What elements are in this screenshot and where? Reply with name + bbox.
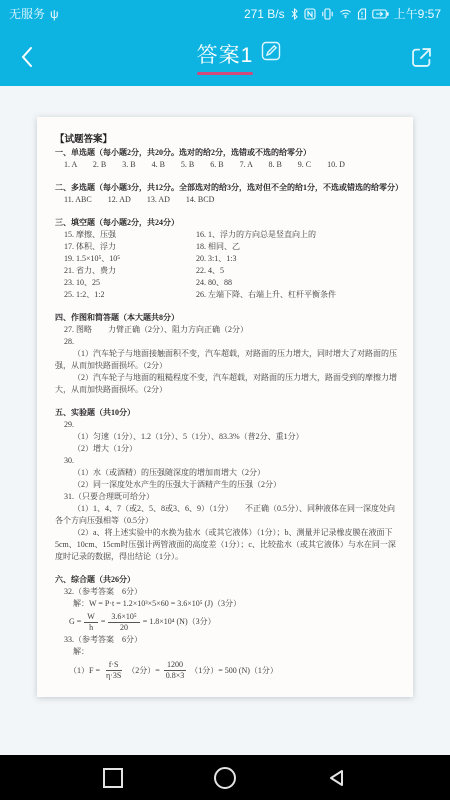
title-bar: 答案1 <box>0 27 450 86</box>
doc-line-section: 四、作图和简答题（本大题共8分） <box>55 312 400 324</box>
clock-label: 上午9:57 <box>394 5 441 22</box>
title-underline <box>197 72 253 75</box>
doc-line-sub: （1）匀速（1分）、1.2（1分）、5（1分）、83.3%（普2分、重1分） <box>55 431 400 443</box>
usb-icon: ψ <box>50 8 59 20</box>
nfc-icon <box>304 8 316 20</box>
doc-line-heading: 【试题答案】 <box>55 133 400 147</box>
status-bar: 无服务 ψ 271 B/s 上午9:57 <box>0 0 450 27</box>
doc-line-sub: 解： <box>55 646 400 658</box>
document-page[interactable]: 【试题答案】一、单选题（每小题2分，共20分。选对的给2分，选错或不选的给零分）… <box>37 117 413 697</box>
back-triangle-icon[interactable] <box>320 761 354 795</box>
vibrate-icon <box>321 8 334 20</box>
recents-square-icon[interactable] <box>96 761 130 795</box>
doc-line-ans: 33.（参考答案 6分） <box>55 634 400 646</box>
android-nav-bar <box>0 755 450 800</box>
doc-line-sub: 解：W = P·t = 1.2×10³×5×60 = 3.6×10⁵ (J)（3… <box>55 598 400 610</box>
sim-alert-icon <box>357 8 367 20</box>
doc-line-ans: 11. ABC 12. AD 13. AD 14. BCD <box>55 194 400 206</box>
doc-line-twocol: 17. 体积、浮力18. 相同、乙 <box>55 241 400 253</box>
doc-line-section: 一、单选题（每小题2分，共20分。选对的给2分，选错或不选的给零分） <box>55 147 400 159</box>
page-title: 答案1 <box>197 39 254 69</box>
doc-line-ans: 27. 图略 力臂正确（2分）、阻力方向正确（2分） <box>55 324 400 336</box>
doc-line-gap <box>55 206 400 217</box>
carrier-label: 无服务 <box>9 5 45 22</box>
doc-line-ans: 30. <box>55 455 400 467</box>
doc-line-section: 五、实验题（共10分） <box>55 407 400 419</box>
doc-line-ans: 28. <box>55 336 400 348</box>
doc-line-twocol: 23. 10、2524. 80、88 <box>55 277 400 289</box>
doc-line-twocol: 25. 1:2、1:226. 左端下降、右端上升、杠杆平衡条件 <box>55 289 400 301</box>
doc-line-para: （2）a、将上述实验中的水换为盐水（或其它液体）（1分）；b、测量并记录橡皮膜在… <box>55 527 400 563</box>
doc-line-sub: （2）增大（1分） <box>55 443 400 455</box>
network-speed: 271 B/s <box>244 7 285 21</box>
content-area: 【试题答案】一、单选题（每小题2分，共20分。选对的给2分，选错或不选的给零分）… <box>0 86 450 755</box>
share-button[interactable] <box>404 40 438 74</box>
edit-pencil-icon[interactable] <box>261 41 281 66</box>
doc-line-section: 三、填空题（每小题2分，共24分） <box>55 217 400 229</box>
doc-line-twocol: 15. 摩擦、压强16. 1、浮力的方向总是竖直向上的 <box>55 229 400 241</box>
back-button[interactable] <box>10 41 42 73</box>
doc-line-ans: 31.（只要合理既可给分） <box>55 491 400 503</box>
doc-line-gap <box>55 171 400 182</box>
bluetooth-icon <box>290 8 299 20</box>
doc-line-para: （2）汽车轮子与地面的粗糙程度不变，汽车超载，对路面的压力增大，路面受到的摩擦力… <box>55 372 400 396</box>
doc-line-twocol: 21. 省力、费力22. 4、5 <box>55 265 400 277</box>
doc-line-sub: （2）同一深度处水产生的压强大于酒精产生的压强（2分） <box>55 479 400 491</box>
doc-line-math: （1）F = f·Sη·3S（2分）= 12000.8×3（1分）= 500 (… <box>55 660 400 680</box>
doc-line-para: （1）1、4、7（或2、5、8或3、6、9）（1分） 不正确（0.5分）、同种液… <box>55 503 400 527</box>
doc-line-ans: 32.（参考答案 6分） <box>55 586 400 598</box>
doc-line-gap <box>55 396 400 407</box>
doc-line-math: G = Wh = 3.6×10⁵20 = 1.8×10⁴ (N)（3分） <box>55 612 400 632</box>
battery-charging-icon <box>372 9 389 19</box>
wifi-icon <box>339 8 352 19</box>
home-circle-icon[interactable] <box>208 761 242 795</box>
doc-line-section: 六、综合题（共26分） <box>55 574 400 586</box>
doc-line-gap <box>55 301 400 312</box>
doc-line-twocol: 19. 1.5×10⁵、10⁵20. 3:1、1:3 <box>55 253 400 265</box>
doc-line-section: 二、多选题（每小题3分，共12分。全部选对的给3分，选对但不全的给1分，不选或错… <box>55 182 400 194</box>
doc-line-sub: （1）水（或酒精）的压强随深度的增加而增大（2分） <box>55 467 400 479</box>
doc-line-ans: 1. A 2. B 3. B 4. B 5. B 6. B 7. A 8. B … <box>55 159 400 171</box>
doc-line-para: （1）汽车轮子与地面接触面积不变，汽车超载，对路面的压力增大，同时增大了对路面的… <box>55 348 400 372</box>
doc-line-ans: 29. <box>55 419 400 431</box>
doc-line-gap <box>55 563 400 574</box>
